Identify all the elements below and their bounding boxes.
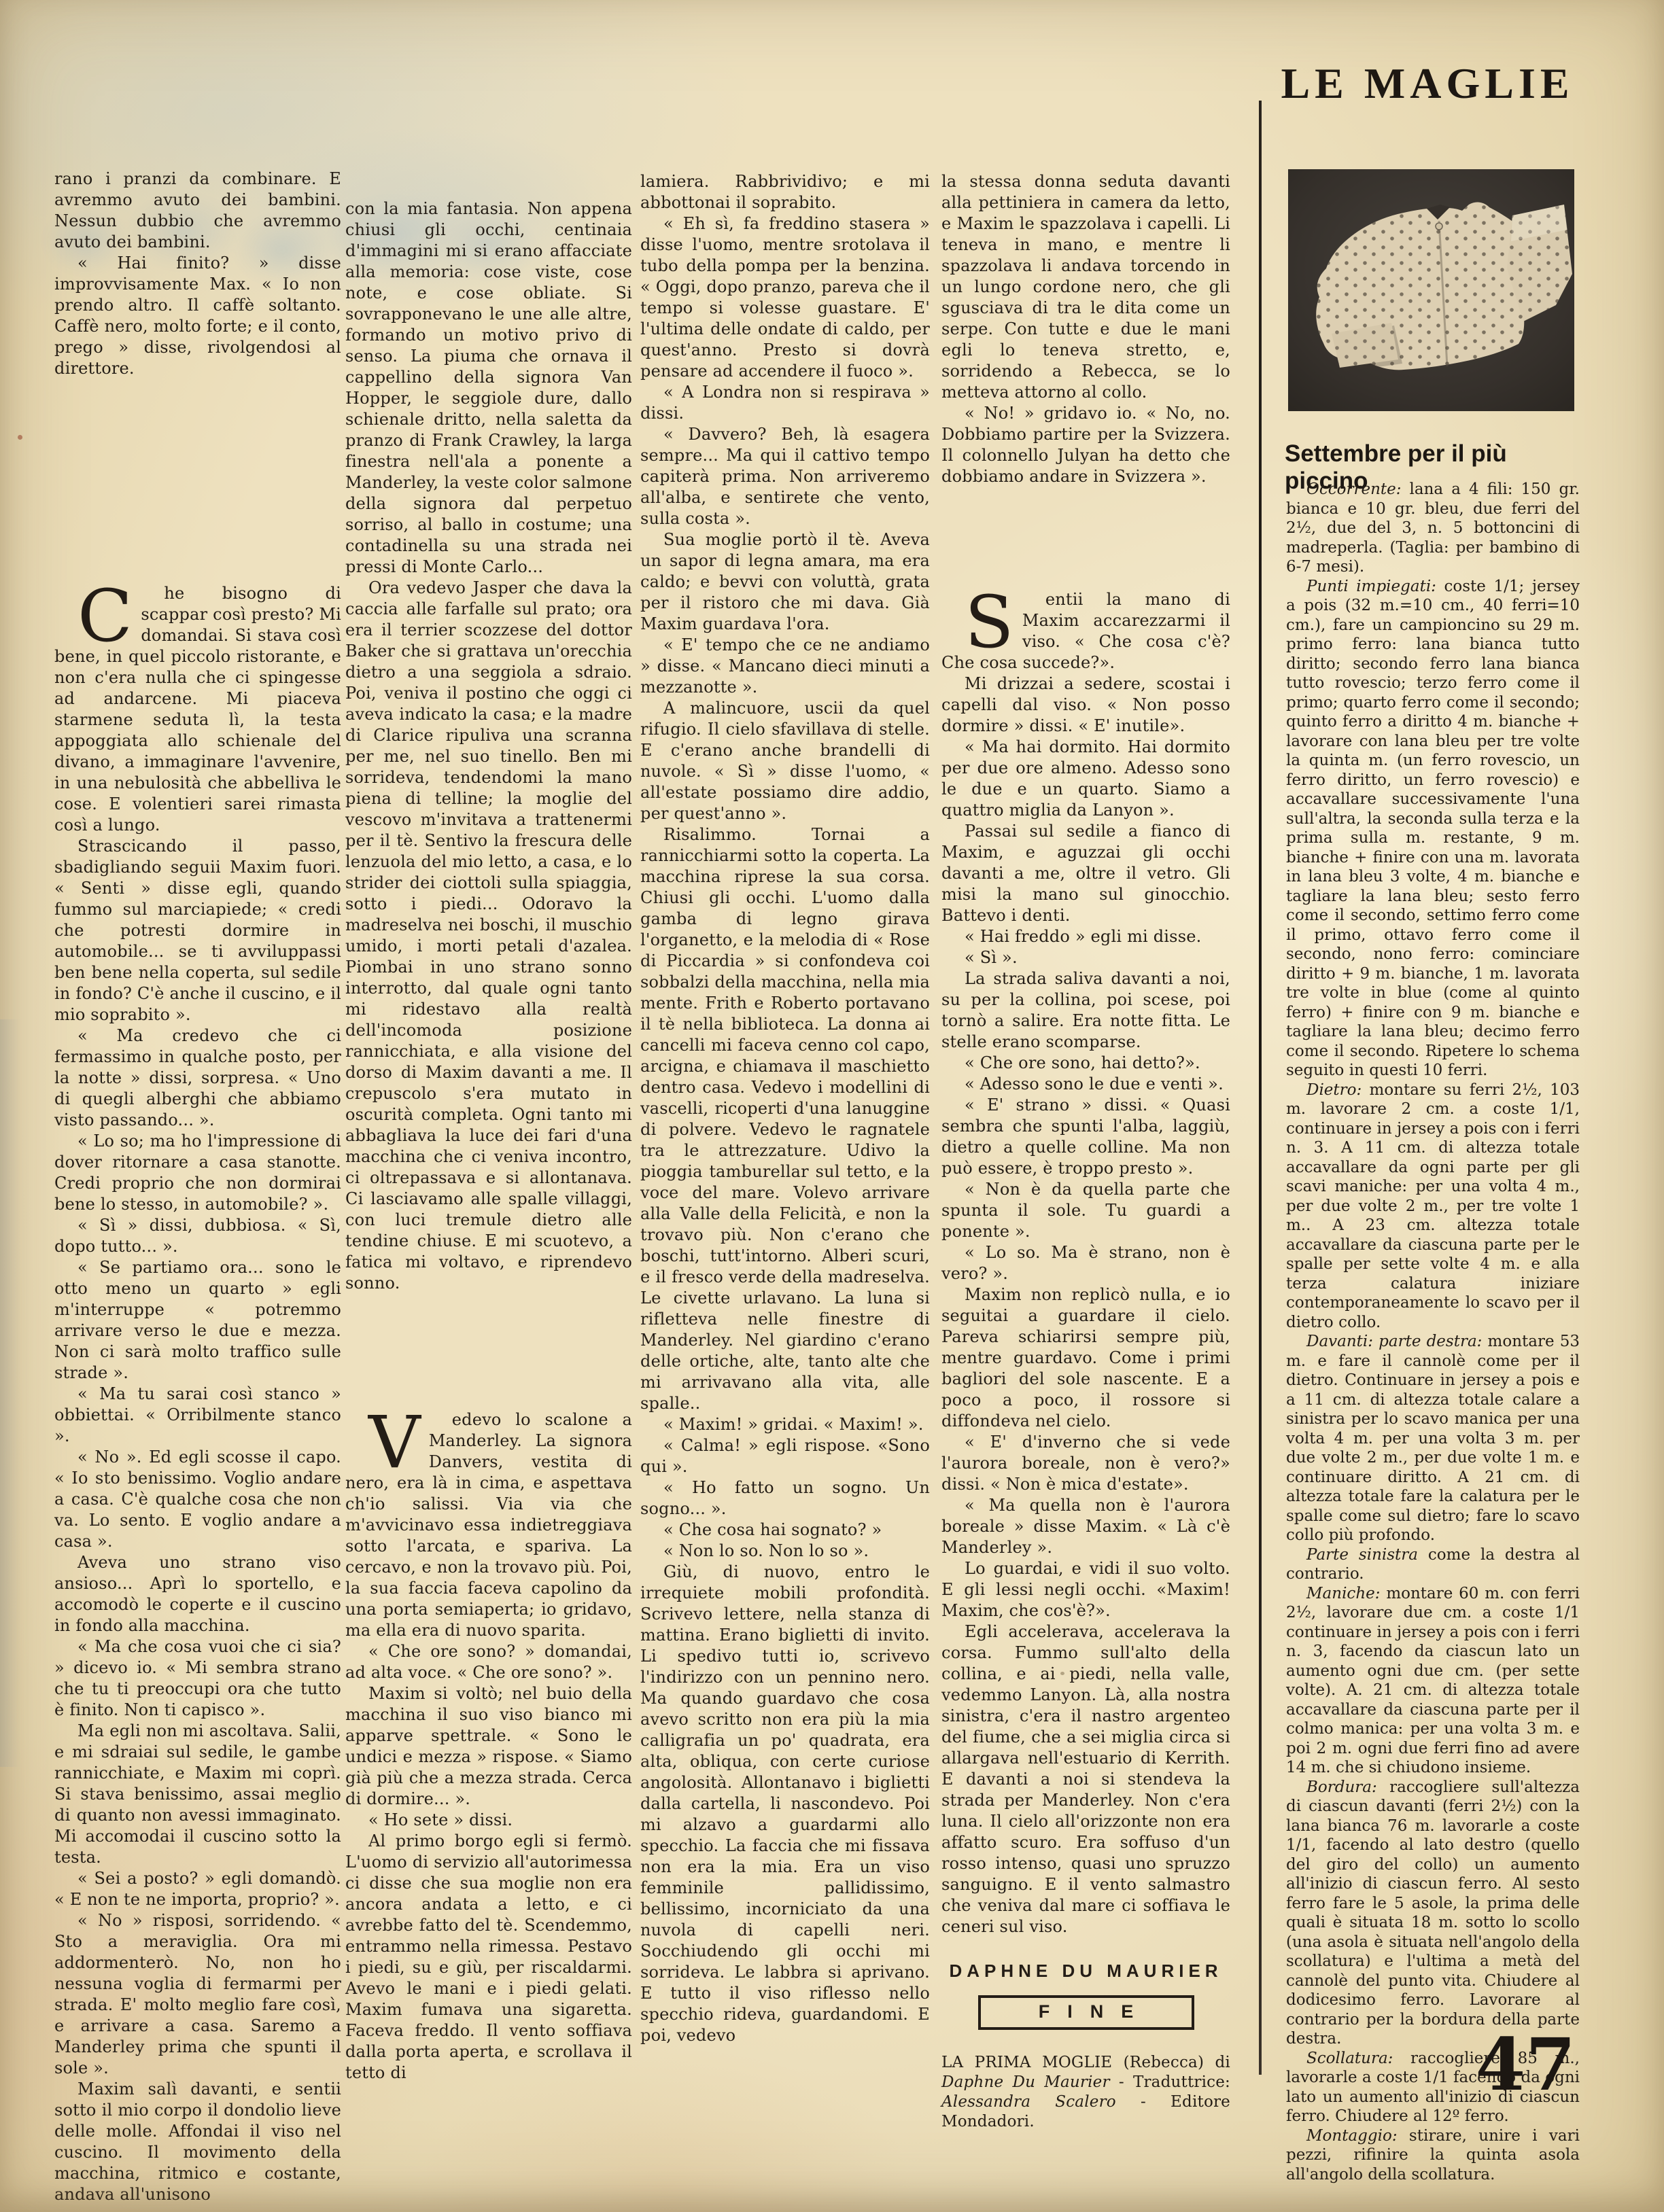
pattern-paragraph: Montaggio: stirare, unire i vari pezzi, …	[1286, 2126, 1580, 2185]
novel-paragraph: « Sì ».	[941, 947, 1230, 968]
pattern-section-label: Dietro:	[1306, 1081, 1362, 1099]
pattern-paragraph: Bordura: raccogliere sull'altezza di cia…	[1286, 1778, 1580, 2049]
novel-paragraph: « No ». Ed egli scosse il capo. « Io sto…	[54, 1447, 341, 1552]
drop-cap: C	[54, 583, 141, 644]
magazine-page: { "page": { "number": "47" }, "masthead"…	[0, 0, 1664, 2212]
novel-paragraph: Al primo borgo egli si fermò. L'uomo di …	[345, 1831, 632, 2084]
novel-paragraph: Mi drizzai a sedere, scostai i capelli d…	[941, 673, 1230, 737]
novel-paragraph: con la mia fantasia. Non appena chiusi g…	[345, 198, 632, 578]
novel-paragraph: « Davvero? Beh, là esagera sempre... Ma …	[640, 424, 930, 529]
novel-paragraph: Maxim si voltò; nel buio della macchina …	[345, 1683, 632, 1810]
novel-paragraph: la stessa donna seduta davanti alla pett…	[941, 171, 1230, 403]
novel-paragraph: Ma egli non mi ascoltava. Salii, e mi sd…	[54, 1721, 341, 1868]
pattern-paragraph: Parte sinistra come la destra al contrar…	[1286, 1545, 1580, 1584]
fine-end-box: FINE	[978, 1995, 1194, 2030]
novel-paragraph: Risalimmo. Tornai a rannicchiarmi sotto …	[640, 824, 930, 1414]
paper-speck	[18, 435, 22, 440]
novel-paragraph: « Eh sì, fa freddino stasera » disse l'u…	[640, 213, 930, 382]
novel-paragraph: Egli accelerava, accelerava la corsa. Fu…	[941, 1621, 1230, 1937]
pattern-section-label: Scollatura:	[1306, 2050, 1393, 2067]
author-byline: DAPHNE DU MAURIER	[941, 1961, 1230, 1982]
novel-paragraph: « Ma quella non è l'aurora boreale » dis…	[941, 1495, 1230, 1558]
novel-paragraph: Sua moglie portò il tè. Aveva un sapor d…	[640, 529, 930, 635]
novel-paragraph: Aveva uno strano viso ansioso... Aprì lo…	[54, 1552, 341, 1636]
novel-paragraph: Strascicando il passo, sbadigliando segu…	[54, 836, 341, 1025]
pattern-section-label: Montaggio:	[1306, 2127, 1398, 2145]
novel-paragraph: « Maxim! » gridai. « Maxim! ».	[640, 1414, 930, 1435]
novel-paragraph: « Ho fatto un sogno. Un sogno... ».	[640, 1477, 930, 1520]
pattern-section-label: Parte sinistra	[1306, 1546, 1418, 1564]
novel-paragraph: « Ma tu sarai così stanco » obbiettai. «…	[54, 1384, 341, 1447]
knitting-instructions: Occorrente: lana a 4 fili: 150 gr. bianc…	[1286, 480, 1580, 2184]
novel-paragraph: Giù, di nuovo, entro le irrequiete mobil…	[640, 1562, 930, 2046]
knitting-photo	[1287, 165, 1577, 417]
novel-paragraph: « Ho sete » dissi.	[345, 1810, 632, 1831]
novel-paragraph: « Non lo so. Non lo so ».	[640, 1541, 930, 1562]
pattern-paragraph: Maniche: montare 60 m. con ferri 2½, lav…	[1286, 1584, 1580, 1778]
novel-paragraph: « Sei a posto? » egli domandò. « E non t…	[54, 1868, 341, 1910]
novel-paragraph: La strada saliva davanti a noi, su per l…	[941, 968, 1230, 1053]
novel-paragraph: « Hai freddo » egli mi disse.	[941, 926, 1230, 947]
pattern-section-label: Maniche:	[1306, 1585, 1381, 1602]
pattern-section-label: Bordura:	[1306, 1778, 1377, 1796]
pattern-section-label: Punti impiegati:	[1306, 578, 1436, 595]
novel-paragraph: « Ma che cosa vuoi che ci sia? » dicevo …	[54, 1636, 341, 1721]
novel-paragraph: Che bisogno di scappar così presto? Mi d…	[54, 583, 341, 836]
novel-paragraph: Lo guardai, e vidi il suo volto. E gli l…	[941, 1558, 1230, 1621]
novel-paragraph: « Adesso sono le due e venti ».	[941, 1074, 1230, 1095]
novel-paragraph: rano i pranzi da combinare. E avremmo av…	[54, 169, 341, 253]
novel-column-2: con la mia fantasia. Non appena chiusi g…	[345, 198, 632, 2084]
novel-paragraph: Sentii la mano di Maxim accarezzarmi il …	[941, 589, 1230, 673]
novel-paragraph: « No! » gridavo io. « No, no. Dobbiamo p…	[941, 403, 1230, 487]
novel-paragraph: Passai sul sedile a fianco di Maxim, e a…	[941, 821, 1230, 926]
drop-cap: V	[345, 1409, 429, 1471]
pattern-paragraph: Dietro: montare su ferri 2½, 103 m. lavo…	[1286, 1081, 1580, 1333]
novel-column-3: lamiera. Rabbrividivo; e mi abbottonai i…	[640, 171, 930, 2046]
novel-paragraph: « E' tempo che ce ne andiamo » disse. « …	[640, 635, 930, 698]
novel-paragraph: lamiera. Rabbrividivo; e mi abbottonai i…	[640, 171, 930, 213]
novel-paragraph: « Hai finito? » disse improvvisamente Ma…	[54, 253, 341, 379]
novel-column-4: la stessa donna seduta davanti alla pett…	[941, 171, 1230, 2147]
page-number: 47	[1474, 2022, 1576, 2107]
novel-paragraph: « Non è da quella parte che spunta il so…	[941, 1179, 1230, 1242]
novel-paragraph: « Se partiamo ora... sono le otto meno u…	[54, 1257, 341, 1384]
pattern-section-label: Davanti: parte destra:	[1306, 1333, 1482, 1350]
pattern-paragraph: Occorrente: lana a 4 fili: 150 gr. bianc…	[1286, 480, 1580, 577]
novel-paragraph: Ora vedevo Jasper che dava la caccia all…	[345, 578, 632, 1294]
novel-paragraph: Maxim salì davanti, e sentii sotto il mi…	[54, 2079, 341, 2205]
novel-paragraph: « E' strano » dissi. « Quasi sembra che …	[941, 1095, 1230, 1179]
drop-cap: S	[941, 589, 1022, 650]
novel-paragraph: « No » risposi, sorridendo. « Sto a mera…	[54, 1910, 341, 2079]
novel-paragraph: « E' d'inverno che si vede l'aurora bore…	[941, 1432, 1230, 1495]
novel-paragraph: « Ma hai dormito. Hai dormito per due or…	[941, 737, 1230, 821]
section-title: LE MAGLIE	[1278, 58, 1577, 109]
novel-paragraph: « Calma! » egli rispose. «Sono qui ».	[640, 1435, 930, 1477]
novel-column-1: rano i pranzi da combinare. E avremmo av…	[54, 169, 341, 2205]
column-divider-rule	[1259, 101, 1262, 2075]
novel-paragraph: A malincuore, uscii da quel rifugio. Il …	[640, 698, 930, 824]
novel-paragraph: « A Londra non si respirava » dissi.	[640, 382, 930, 424]
novel-paragraph: « Sì » dissi, dubbiosa. « Sì, dopo tutto…	[54, 1215, 341, 1257]
novel-paragraph: « Lo so. Ma è strano, non è vero? ».	[941, 1242, 1230, 1284]
novel-paragraph: Maxim non replicò nulla, e io seguitai a…	[941, 1284, 1230, 1432]
novel-paragraph: « Lo so; ma ho l'impressione di dover ri…	[54, 1131, 341, 1215]
novel-paragraph: « Che cosa hai sognato? »	[640, 1520, 930, 1541]
publication-credit: LA PRIMA MOGLIE (Rebecca) di Daphne Du M…	[941, 2053, 1230, 2132]
novel-paragraph: Vedevo lo scalone a Manderley. La signor…	[345, 1409, 632, 1641]
pattern-section-label: Occorrente:	[1306, 480, 1401, 498]
pattern-paragraph: Davanti: parte destra: montare 53 m. e f…	[1286, 1332, 1580, 1545]
scan-streak	[0, 1019, 20, 1767]
novel-paragraph: « Che ore sono, hai detto?».	[941, 1053, 1230, 1074]
pattern-paragraph: Punti impiegati: coste 1/1; jersey a poi…	[1286, 577, 1580, 1081]
novel-paragraph: « Ma credevo che ci fermassimo in qualch…	[54, 1025, 341, 1131]
novel-paragraph: « Che ore sono? » domandai, ad alta voce…	[345, 1641, 632, 1683]
baby-cardigan-illustration	[1287, 165, 1577, 417]
